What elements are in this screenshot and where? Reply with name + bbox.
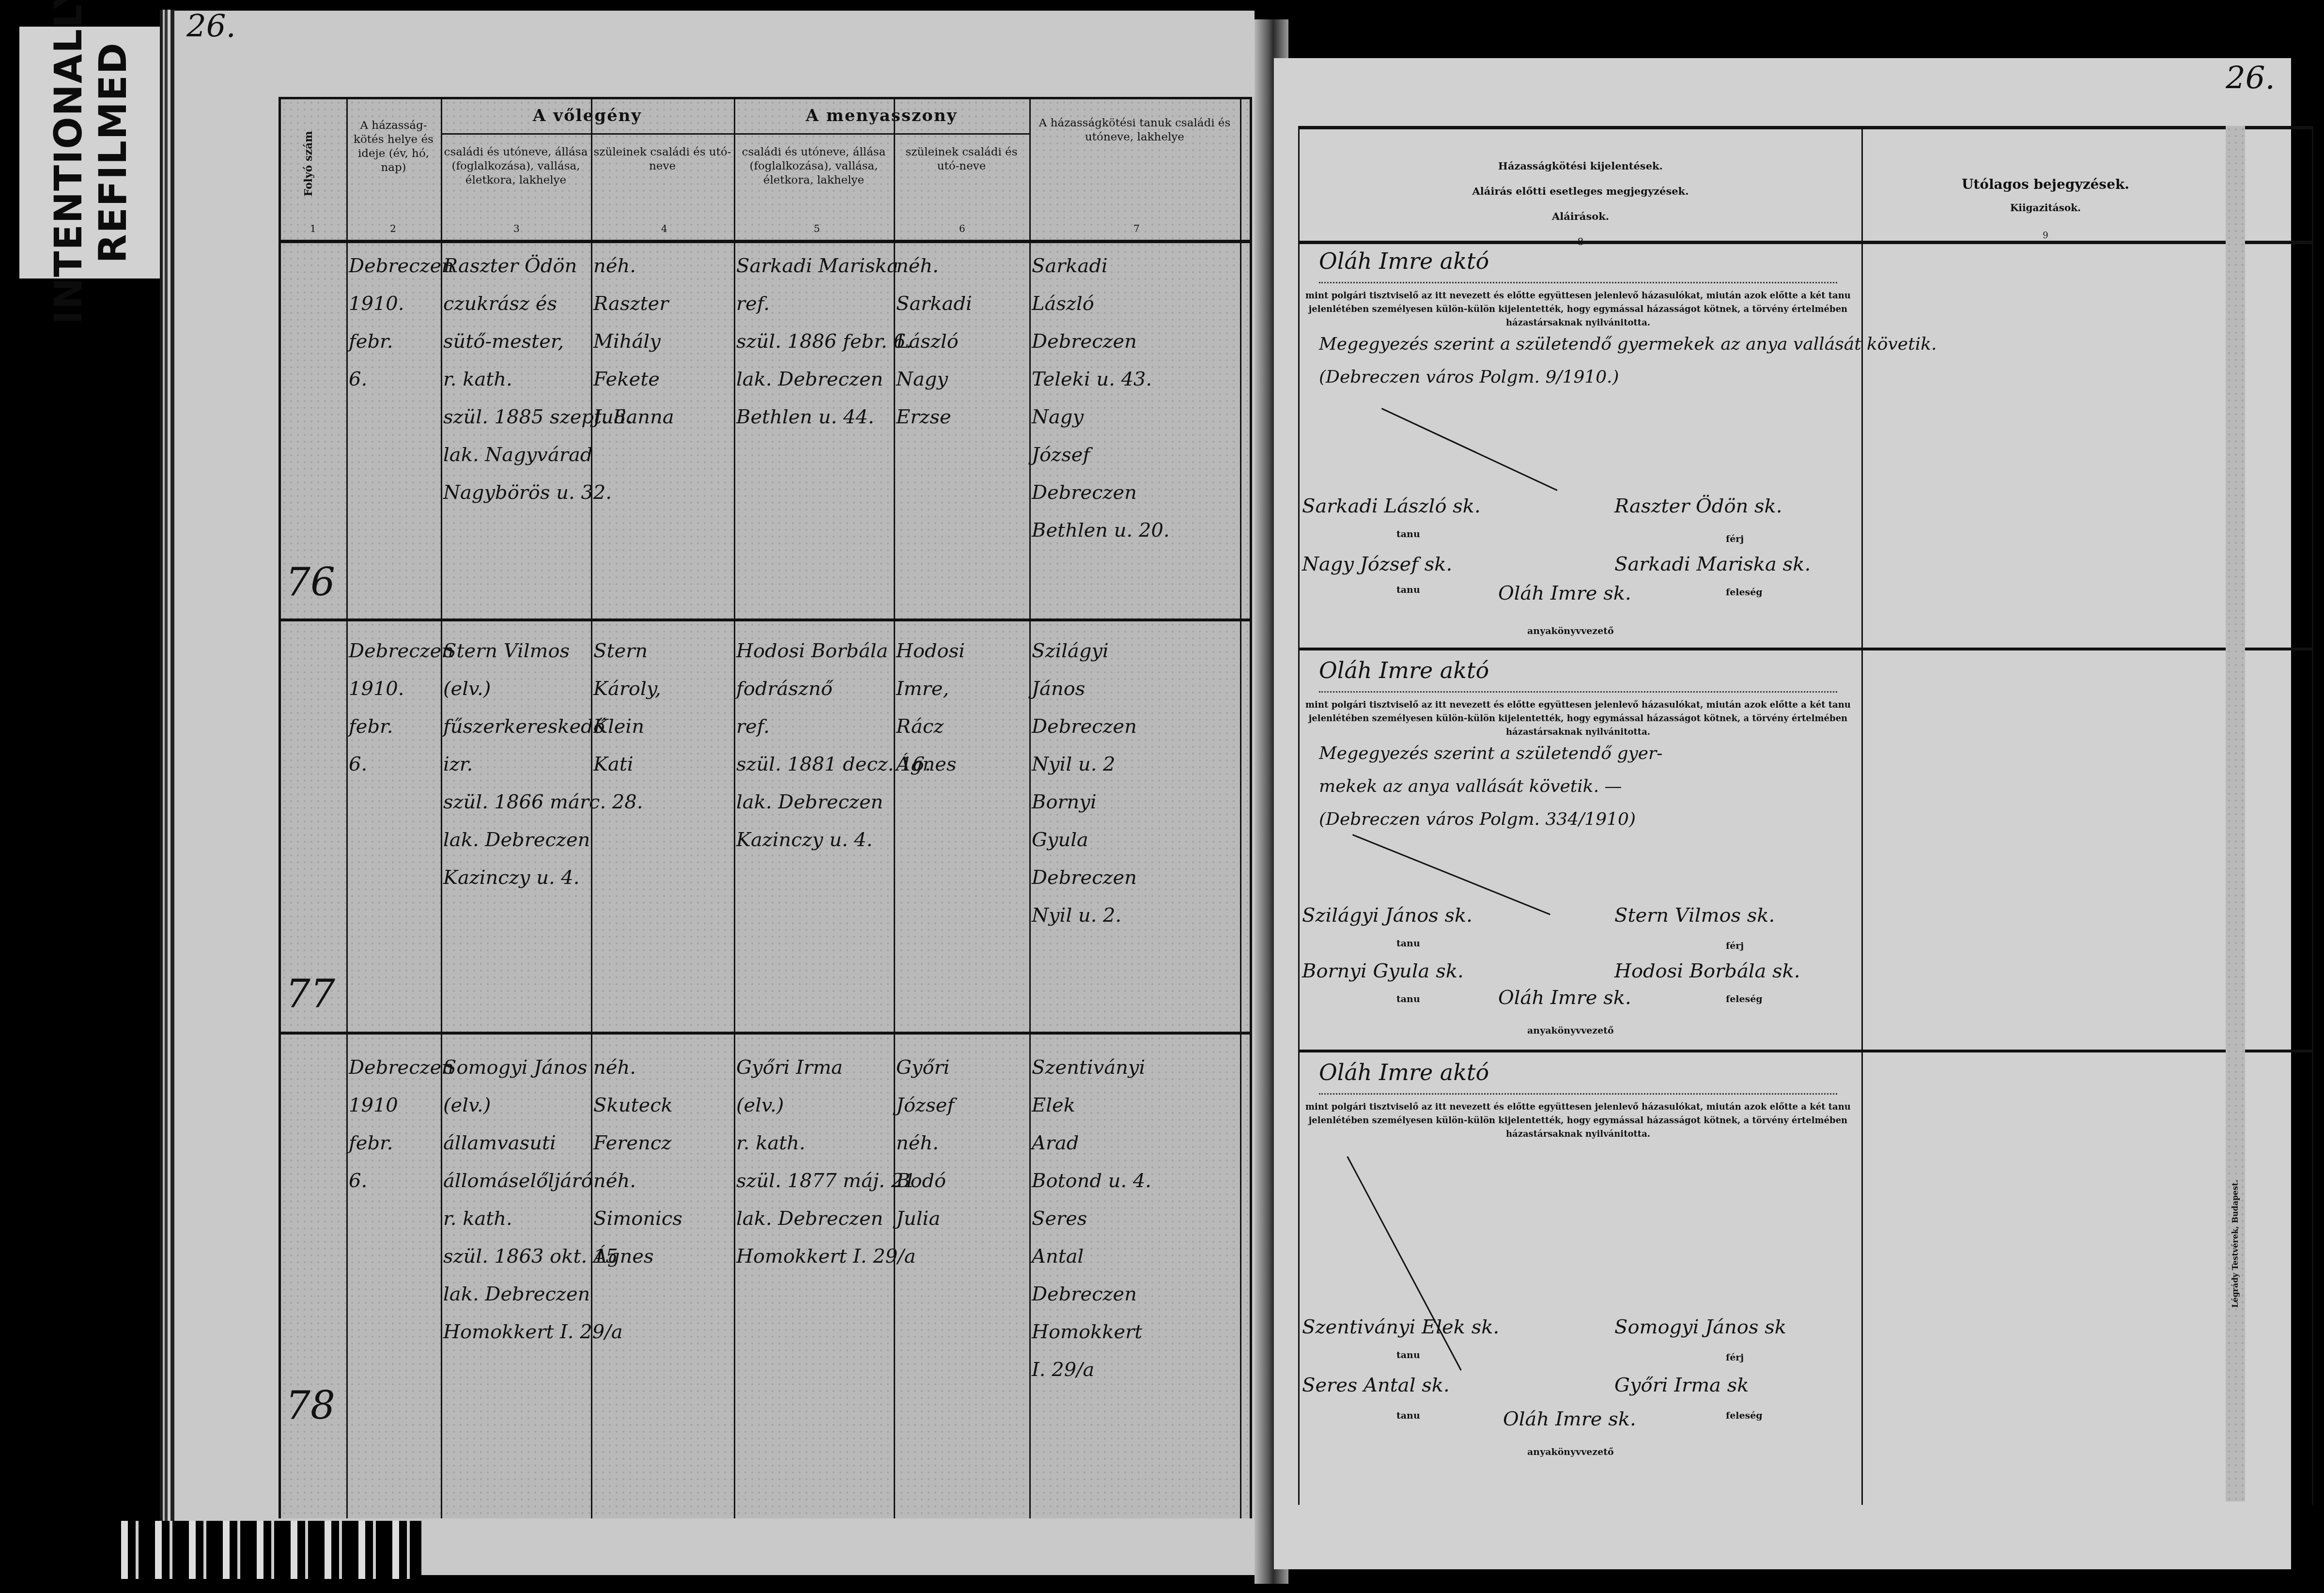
column-number: 5 [814,223,820,234]
col-divider [734,99,735,1518]
book-spine-edges [160,10,174,1579]
entry-number: 78 [286,1383,335,1428]
page-edge-tabs [121,1521,421,1579]
bride-parents: Győri József néh. Bodó Julia [896,1049,954,1237]
row-divider [281,1032,1250,1035]
registrar-label: anyakönyvvezető [1527,1447,1614,1457]
header-remarks: Aláirás előtti esetleges megjegyzések. [1300,179,1861,204]
boilerplate-text: mint polgári tisztviselő az itt nevezett… [1304,289,1852,330]
husband-label: férj [1726,534,1744,544]
bride-parents: Hodosi Imre, Rácz Ágnes [896,632,965,783]
wife-signature: Sarkadi Mariska sk. [1614,553,1811,575]
groom-parents: néh. Raszter Mihály Fekete Julianna [593,247,674,436]
witness-label: tanu [1396,1410,1420,1421]
registrar-label: anyakönyvvezető [1527,1025,1614,1036]
wife-signature: Győri Irma sk [1614,1374,1749,1396]
header-witnesses: A házasságkötési tanuk családi és utónev… [1032,116,1238,144]
left-page-number: 26. [186,9,236,45]
wife-signature: Hodosi Borbála sk. [1614,960,1800,982]
register-table-left: Folyó szám A házasság-kötés helye és ide… [279,97,1252,1518]
table-header: Folyó szám A házasság-kötés helye és ide… [281,99,1250,243]
header-bride-details: családi és utóneve, állása (foglalkozása… [736,145,891,187]
registrar-signature: Oláh Imre sk. [1498,582,1631,604]
header-bride: A menyasszony [734,109,1029,123]
husband-signature: Somogyi János sk [1614,1316,1786,1338]
registrar-name: Oláh Imre aktó [1319,248,1837,283]
place-date: Debreczen 1910 febr. 6. [349,1049,454,1200]
witness-label: tanu [1396,994,1420,1005]
witness-label: tanu [1396,938,1420,949]
witnesses: Szentiványi Elek Arad Botond u. 4. Seres… [1032,1049,1151,1389]
witness-label: tanu [1396,529,1420,540]
column-number: 9 [1861,224,2230,247]
header-corrections: Kiigazitások. [1861,196,2230,219]
witness-signature: Nagy József sk. [1302,553,1452,575]
witnesses: Sarkadi László Debreczen Teleki u. 43. N… [1032,247,1170,549]
column-number: 4 [661,223,667,234]
printer-imprint: Légrády Testvérek, Budapest. [2231,1180,2240,1308]
header-serial-number: Folyó szám [302,131,315,197]
column-number: 6 [959,223,965,234]
boilerplate-text: mint polgári tisztviselő az itt nevezett… [1304,698,1852,739]
handwritten-note: Megegyezés szerint a születendő gyer- me… [1304,737,1866,836]
boilerplate-text: mint polgári tisztviselő az itt nevezett… [1304,1100,1852,1141]
header-declarations: Házasságkötési kijelentések. [1300,154,1861,179]
refilmed-label-card: INTENTIONALLY REFILMED [19,27,162,278]
registrar-name: Oláh Imre aktó [1319,657,1837,693]
registrar-name: Oláh Imre aktó [1319,1059,1837,1095]
registrar-signature: Oláh Imre sk. [1503,1408,1636,1430]
witness-signature: Szilágyi János sk. [1302,904,1472,927]
register-table-right: Házasságkötési kijelentések. Aláirás elő… [1298,126,2313,1505]
header-signatures: Aláirások. [1300,204,1861,229]
row-divider [281,619,1250,621]
witness-signature: Seres Antal sk. [1302,1374,1450,1396]
header-bride-parents: szüleinek családi és utó-neve [896,145,1027,173]
table-header: Házasságkötési kijelentések. Aláirás elő… [1300,129,2312,244]
place-date: Debreczen 1910. febr. 6. [349,632,454,783]
col-divider [1240,99,1241,1518]
wife-label: feleség [1726,1410,1763,1421]
column-number: 1 [310,223,316,234]
entry-number: 77 [286,971,335,1016]
row-divider [1300,648,2312,650]
bride-details: Győri Irma (elv.) r. kath. szül. 1877 má… [736,1049,916,1275]
husband-label: férj [1726,941,1744,951]
column-number: 3 [513,223,520,234]
witness-label: tanu [1396,585,1420,595]
header-place-date: A házasság-kötés helye és ideje (év, hó,… [349,119,438,175]
husband-label: férj [1726,1352,1744,1363]
column-number: 2 [390,223,396,234]
bride-details: Sarkadi Mariska ref. szül. 1886 febr. 6.… [736,247,912,436]
witness-signature: Bornyi Gyula sk. [1302,960,1464,982]
husband-signature: Raszter Ödön sk. [1614,495,1782,517]
handwritten-note: Megegyezés szerint a születendő gyermeke… [1304,328,1866,394]
witness-label: tanu [1396,1350,1420,1361]
bride-parents: néh. Sarkadi László Nagy Erzse [896,247,972,436]
right-page-number: 26. [2226,61,2275,96]
registrar-signature: Oláh Imre sk. [1498,987,1631,1009]
col-divider [1029,99,1031,1518]
entry-number: 76 [286,559,335,604]
wife-label: feleség [1726,587,1763,598]
column-number: 7 [1133,223,1140,234]
header-groom-details: családi és utóneve, állása (foglalkozása… [443,145,589,187]
header-groom: A vőlegény [441,109,734,123]
row-divider [1300,1050,2312,1052]
wife-label: feleség [1726,994,1763,1005]
groom-parents: néh. Skuteck Ferencz néh. Simonics Ágnes [593,1049,682,1275]
header-later-entries: Utólagos bejegyzések. [1861,173,2230,196]
witness-signature: Szentiványi Elek sk. [1302,1316,1499,1338]
refilmed-label: INTENTIONALLY REFILMED [46,0,136,325]
witness-signature: Sarkadi László sk. [1302,495,1481,517]
witnesses: Szilágyi János Debreczen Nyil u. 2 Borny… [1032,632,1137,934]
place-date: Debreczen 1910. febr. 6. [349,247,454,398]
registrar-label: anyakönyvvezető [1527,626,1614,636]
groom-parents: Stern Károly, Klein Kati [593,632,661,783]
col-divider [346,99,348,1518]
husband-signature: Stern Vilmos sk. [1614,904,1775,927]
header-groom-parents: szüleinek családi és utó-neve [593,145,731,173]
